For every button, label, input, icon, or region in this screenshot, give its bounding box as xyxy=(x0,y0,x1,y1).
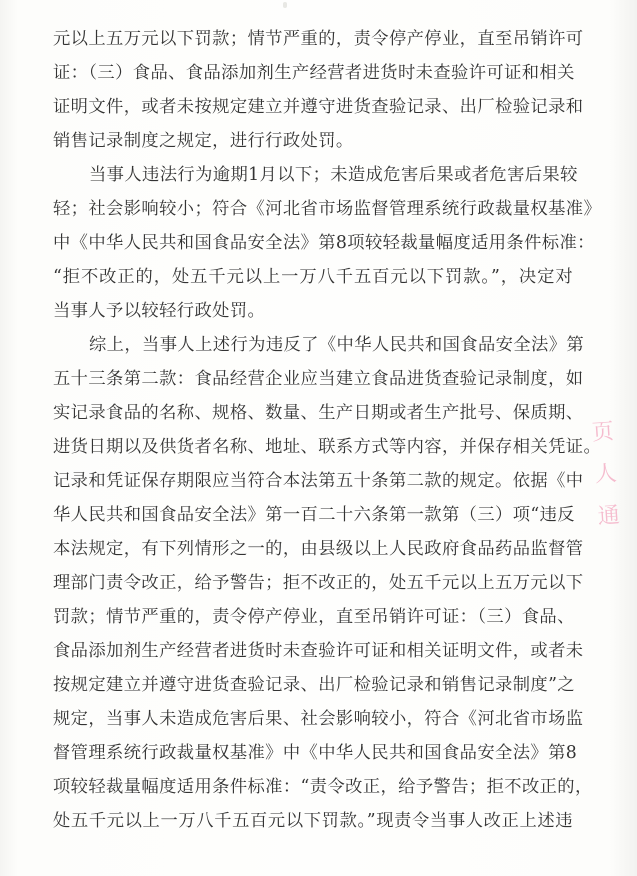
text-line: “拒不改正的，处五千元以上一万八千五百元以下罚款。”，决定对 xyxy=(53,260,573,294)
text-line: 五十三条第二款：食品经营企业应当建立食品进货查验记录制度，如 xyxy=(53,362,573,396)
stamp-char: 通 xyxy=(593,495,624,539)
text-line: 元以上五万元以下罚款；情节严重的，责令停产停业，直至吊销许可 xyxy=(53,22,573,56)
paragraph-start-line: 当事人违法行为逾期1月以下；未造成危害后果或者危害后果较 xyxy=(53,158,573,192)
paragraph-start-line: 综上，当事人上述行为违反了《中华人民共和国食品安全法》第 xyxy=(53,328,573,362)
document-body: 元以上五万元以下罚款；情节严重的，责令停产停业，直至吊销许可 证：（三）食品、食… xyxy=(53,22,573,838)
text-line: 进货日期以及供货者名称、地址、联系方式等内容，并保存相关凭证。 xyxy=(53,430,573,464)
text-line: 证：（三）食品、食品添加剂生产经营者进货时未查验许可证和相关 xyxy=(53,56,573,90)
text-line: 本法规定，有下列情形之一的，由县级以上人民政府食品药品监督管 xyxy=(53,532,573,566)
text-line: 按规定建立并遵守进货查验记录、出厂检验记录和销售记录制度”之 xyxy=(53,668,573,702)
text-line: 规定，当事人未造成危害后果、社会影响较小，符合《河北省市场监 xyxy=(53,702,573,736)
text-line: 记录和凭证保存期限应当符合本法第五十条第二款的规定。依据《中 xyxy=(53,464,573,498)
text-line: 证明文件，或者未按规定建立并遵守进货查验记录、出厂检验记录和 xyxy=(53,90,573,124)
scan-speck xyxy=(283,2,287,8)
stamp-char: 页 xyxy=(587,411,618,455)
scanned-page: 元以上五万元以下罚款；情节严重的，责令停产停业，直至吊销许可 证：（三）食品、食… xyxy=(0,0,637,876)
text-line: 督管理系统行政裁量权基准》中《中华人民共和国食品安全法》第8 xyxy=(53,736,573,770)
text-line: 处五千元以上一万八千五百元以下罚款。”现责令当事人改正上述违 xyxy=(53,804,573,838)
text-line: 项较轻裁量幅度适用条件标准：“责令改正，给予警告；拒不改正的， xyxy=(53,770,573,804)
text-line: 罚款；情节严重的，责令停产停业，直至吊销许可证：（三）食品、 xyxy=(53,600,573,634)
stamp-char: 人 xyxy=(590,453,621,497)
text-line: 实记录食品的名称、规格、数量、生产日期或者生产批号、保质期、 xyxy=(53,396,573,430)
text-line: 当事人予以较轻行政处罚。 xyxy=(53,294,573,328)
seam-stamp: 页 人 通 xyxy=(587,411,624,543)
text-line: 销售记录制度之规定，进行行政处罚。 xyxy=(53,124,573,158)
text-line: 食品添加剂生产经营者进货时未查验许可证和相关证明文件，或者未 xyxy=(53,634,573,668)
text-line: 轻；社会影响较小；符合《河北省市场监督管理系统行政裁量权基准》 xyxy=(53,192,573,226)
text-line: 中《中华人民共和国食品安全法》第8项较轻裁量幅度适用条件标准： xyxy=(53,226,573,260)
text-line: 华人民共和国食品安全法》第一百二十六条第一款第（三）项“违反 xyxy=(53,498,573,532)
text-line: 理部门责令改正，给予警告；拒不改正的，处五千元以上五万元以下 xyxy=(53,566,573,600)
